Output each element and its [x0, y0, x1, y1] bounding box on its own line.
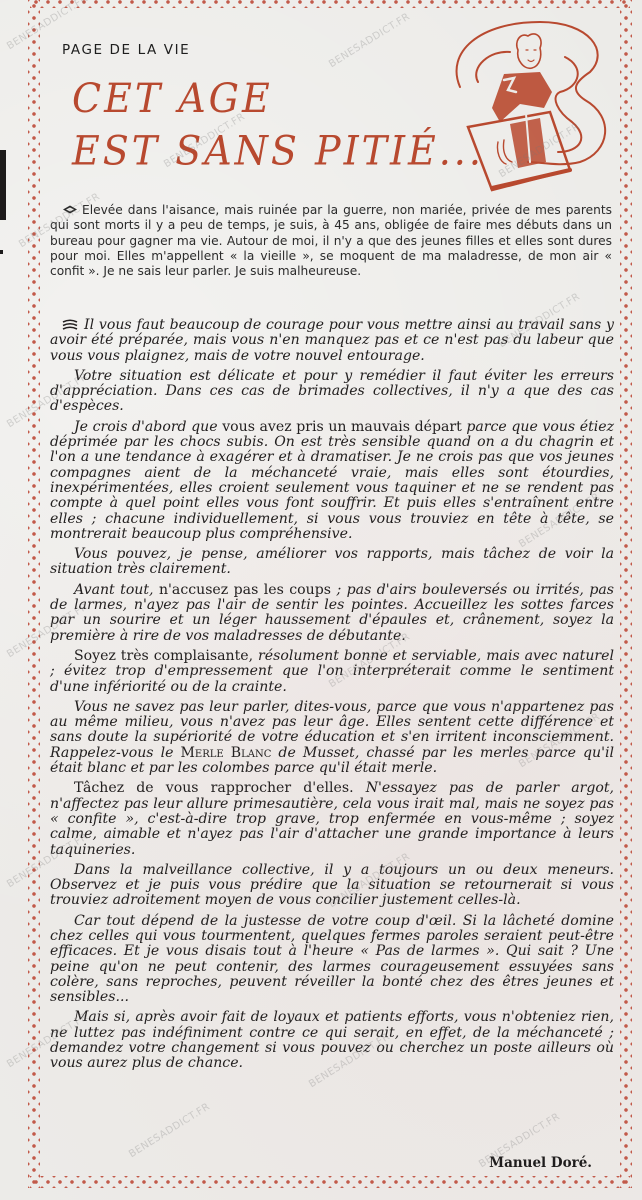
dotted-border-left: [28, 0, 40, 1188]
response-paragraph: Votre situation est délicate et pour y r…: [50, 369, 614, 415]
response-paragraph: Soyez très complaisante, résolument bonn…: [50, 649, 614, 695]
paragraph-text: Mais si, après avoir fait de loyaux et p…: [50, 1009, 614, 1071]
author-signature: Manuel Doré.: [489, 1155, 592, 1171]
response-paragraph: Vous pouvez, je pense, améliorer vos rap…: [50, 547, 614, 578]
reader-letter: Elevée dans l'aisance, mais ruinée par l…: [50, 203, 612, 279]
paragraph-text: Avant tout,: [74, 582, 159, 598]
response-paragraph: Tâchez de vous rapprocher d'elles. N'ess…: [50, 781, 614, 857]
article-title: CET AGE EST SANS PITIÉ...: [72, 72, 484, 177]
paragraph-text: Dans la malveillance collective, il y a …: [50, 862, 614, 909]
paragraph-text: Tâchez de vous rapprocher d'elles.: [74, 780, 354, 796]
paragraph-text: Votre situation est délicate et pour y r…: [50, 368, 614, 415]
paragraph-text: Il vous faut beaucoup de courage pour vo…: [50, 317, 614, 364]
paragraph-text: Car tout dépend de la justesse de votre …: [50, 913, 614, 1005]
advice-response: Il vous faut beaucoup de courage pour vo…: [50, 318, 614, 1077]
title-line-1: CET AGE: [72, 72, 484, 125]
paragraph-text: Vous pouvez, je pense, améliorer vos rap…: [50, 546, 614, 577]
response-paragraph: Je crois d'abord que vous avez pris un m…: [50, 420, 614, 542]
paragraph-text: Merle Blanc: [180, 745, 271, 761]
paragraph-text: n'accusez pas les coups: [159, 582, 331, 598]
paragraph-text: Je crois d'abord que: [74, 419, 222, 435]
response-paragraph: Mais si, après avoir fait de loyaux et p…: [50, 1010, 614, 1071]
adjacent-article-edge: [0, 0, 10, 1200]
paragraph-text: parce que vous étiez déprimée par les ch…: [50, 419, 614, 542]
paragraph-text: vous avez pris un mauvais départ: [222, 419, 462, 435]
ornament-diamond-icon: [62, 205, 78, 214]
response-paragraph: Car tout dépend de la justesse de votre …: [50, 914, 614, 1006]
dotted-border-right: [620, 0, 632, 1188]
woman-at-desk-writing-illustration: [440, 12, 620, 202]
title-line-2: EST SANS PITIÉ...: [72, 125, 484, 178]
response-paragraph: Avant tout, n'accusez pas les coups ; pa…: [50, 583, 614, 644]
triple-wave-icon: [62, 318, 78, 330]
dotted-border-top: [30, 0, 630, 8]
paragraph-text: Soyez très complaisante,: [74, 648, 253, 664]
section-label: PAGE DE LA VIE: [62, 42, 190, 58]
response-paragraph: Vous ne savez pas leur parler, dites-vou…: [50, 700, 614, 776]
response-paragraph: Dans la malveillance collective, il y a …: [50, 863, 614, 909]
letter-text: Elevée dans l'aisance, mais ruinée par l…: [50, 203, 612, 278]
dotted-border-bottom: [30, 1176, 630, 1188]
response-paragraph: Il vous faut beaucoup de courage pour vo…: [50, 318, 614, 364]
